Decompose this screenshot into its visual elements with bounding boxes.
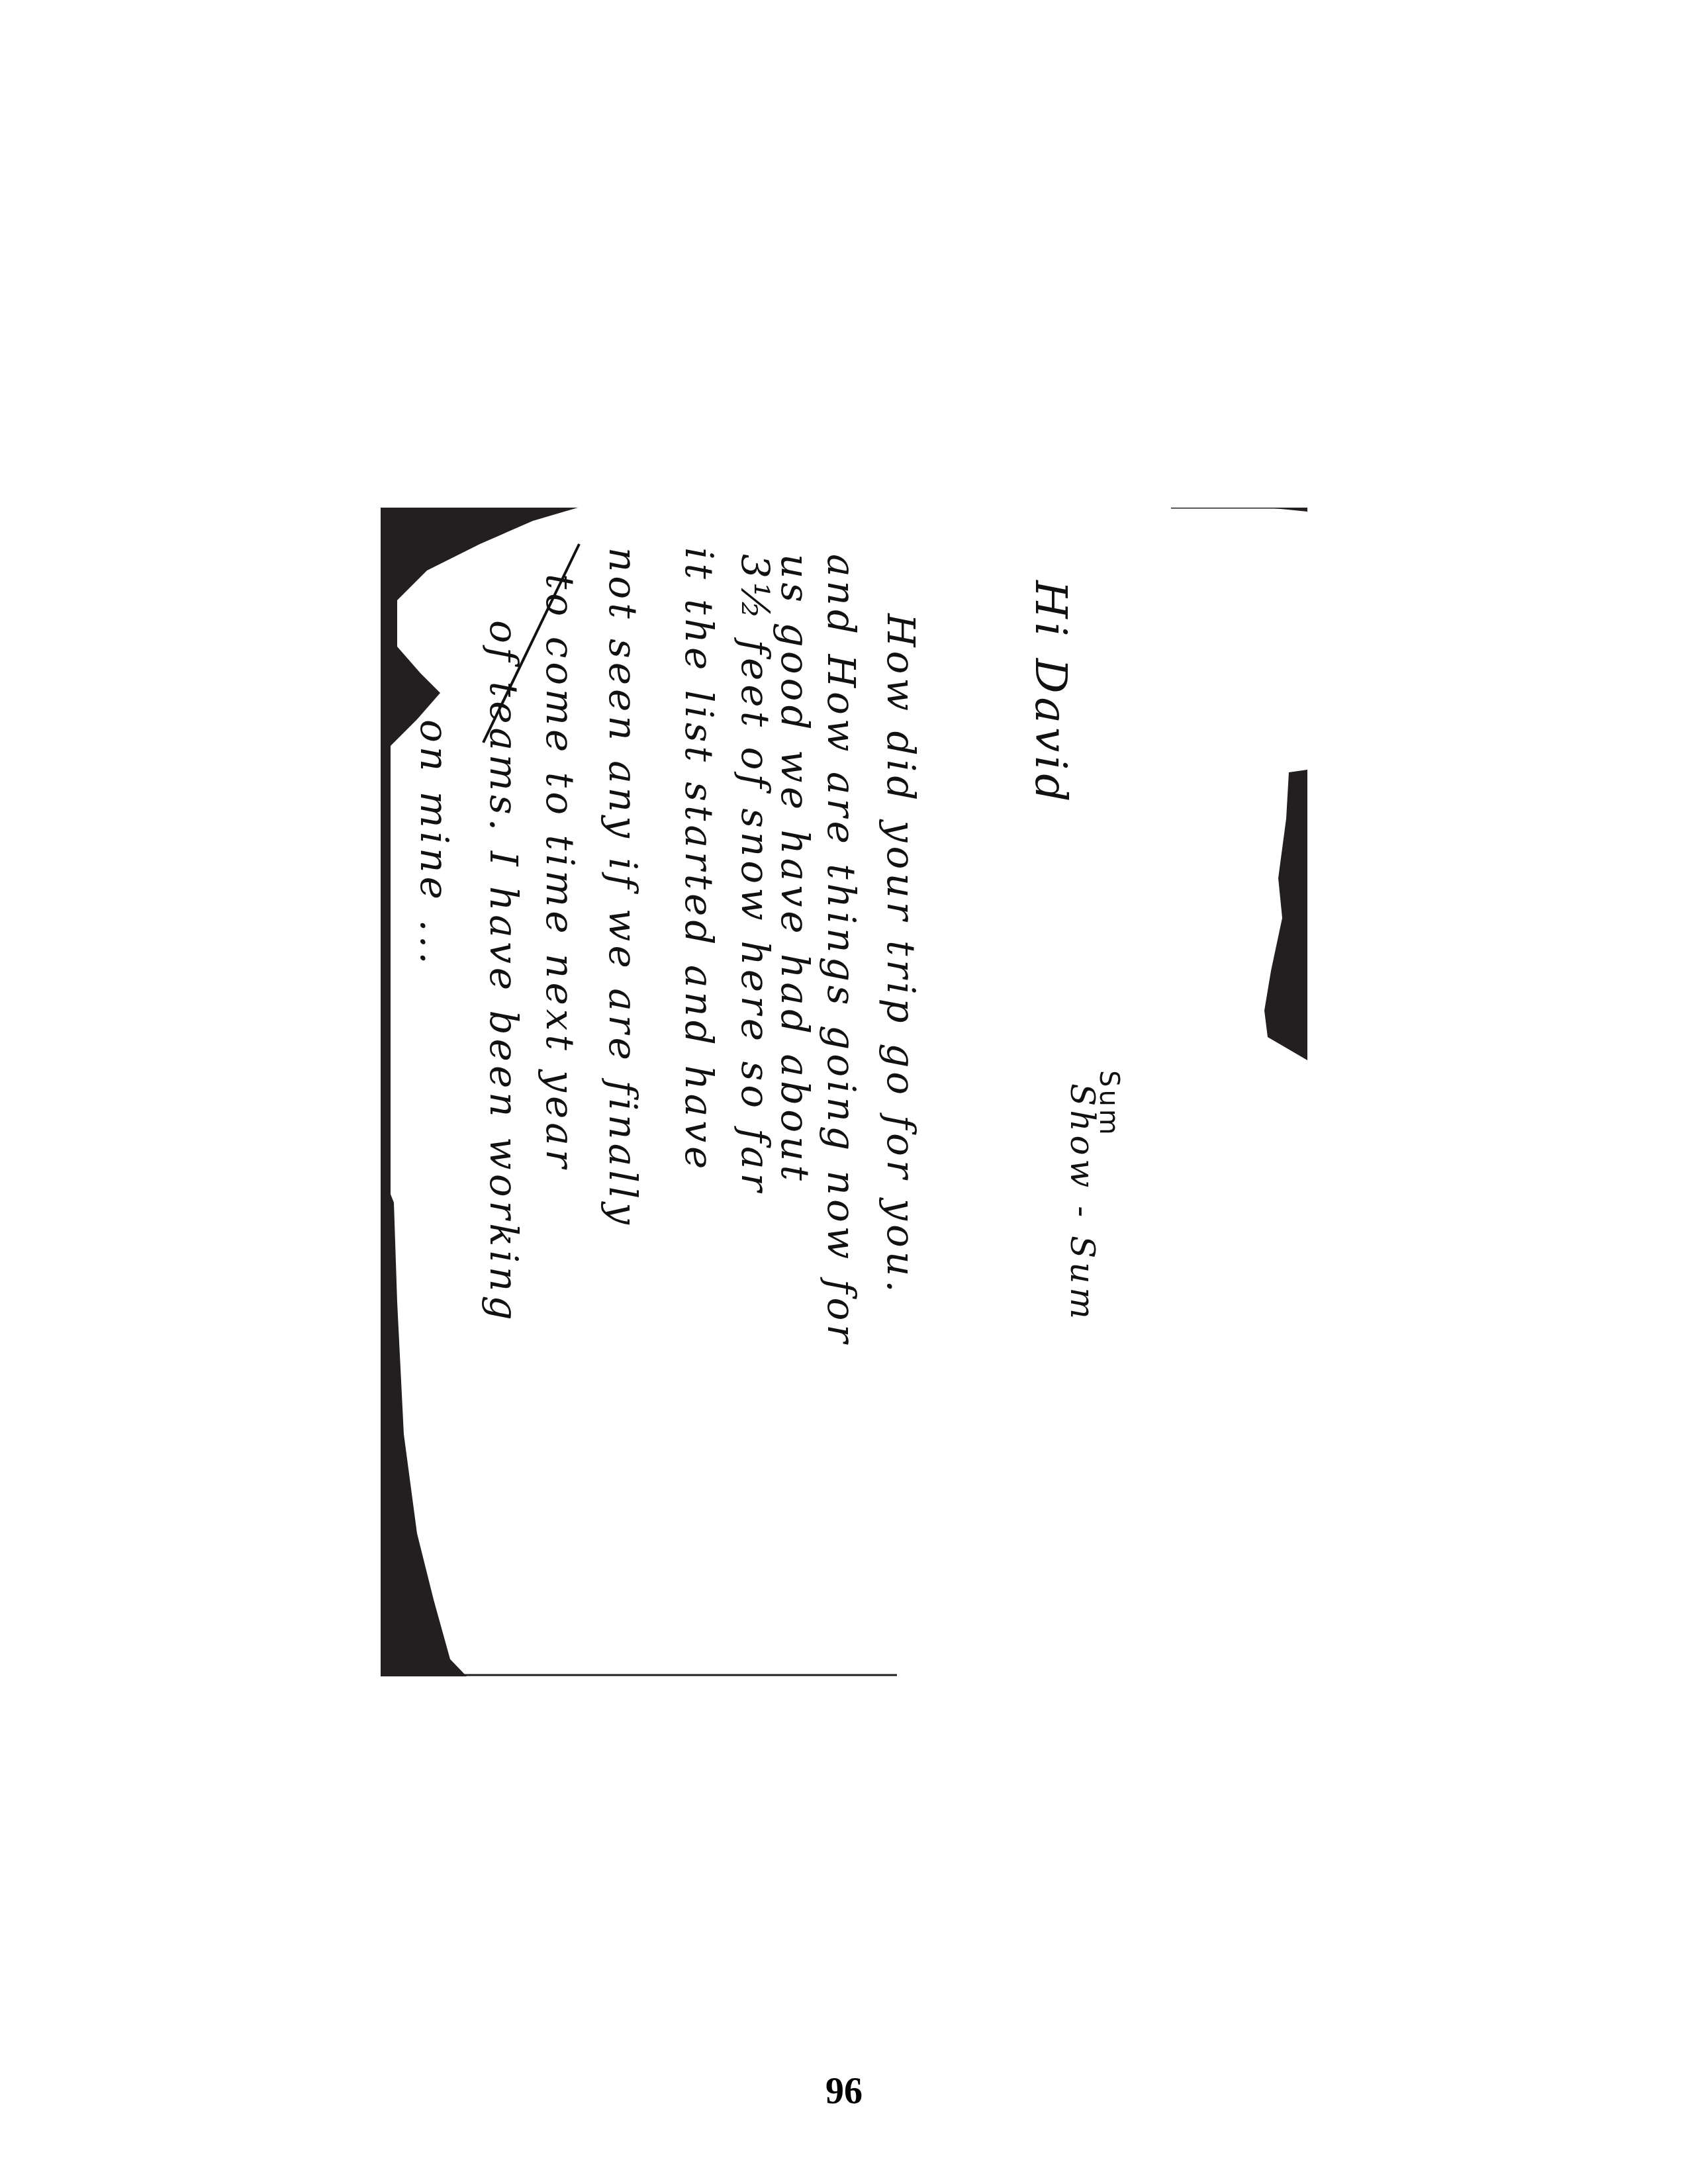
page-number: 96	[0, 2070, 1688, 2113]
letter-line-8: of teams. I have been working	[485, 620, 523, 1324]
letter-line-1: How did your trip go for you.	[882, 614, 920, 1297]
letter-line-3: us good we have had about	[776, 554, 814, 1185]
letter-line-4: 3½ feet of snow here so far	[736, 554, 774, 1195]
letter-line-9: on mine ...	[415, 719, 453, 968]
letter-line-7: to come to time next year	[541, 574, 579, 1172]
scanned-letter: Hi David Sum Show - Sum How did your tri…	[381, 508, 1307, 1676]
letter-line-6: not seen any if we are finally	[604, 547, 642, 1228]
document-page: Hi David Sum Show - Sum How did your tri…	[0, 0, 1688, 2184]
annotation-side-note: Show - Sum	[1066, 1083, 1099, 1323]
letter-greeting: Hi David	[1029, 580, 1072, 806]
letter-line-5: it the list started and have	[680, 547, 718, 1173]
letter-line-2: and How are things going now for	[822, 554, 861, 1347]
